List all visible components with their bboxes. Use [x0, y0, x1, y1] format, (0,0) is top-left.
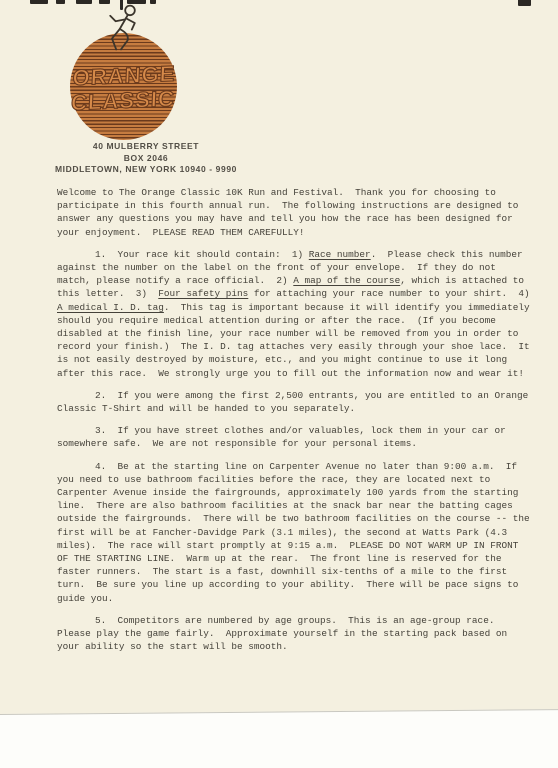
scan-artifact: [518, 0, 531, 6]
logo-wordmark: ORANGE CLASSIC: [69, 61, 178, 116]
scan-artifact: [30, 0, 48, 4]
text-segment: for attaching your race number to your s…: [248, 288, 541, 299]
underlined-phrase-map: A map of the course: [293, 275, 400, 286]
address-box: BOX 2046: [26, 153, 266, 165]
paragraph-item-2: 2. If you were among the first 2,500 ent…: [57, 389, 531, 415]
paragraph-item-3: 3. If you have street clothes and/or val…: [57, 424, 531, 450]
underlined-phrase-safety-pins: Four safety pins: [158, 288, 248, 299]
underlined-phrase-id-tag: A medical I. D. tag: [57, 302, 164, 313]
underlined-phrase-race-number: Race number: [309, 249, 371, 260]
logo-word-classic: CLASSIC: [69, 86, 177, 116]
scan-artifact: [56, 0, 65, 4]
scan-artifact: [150, 0, 156, 4]
scan-artifact: [76, 0, 92, 4]
text-segment: . This tag is important because it will …: [57, 302, 535, 379]
scanned-letter-page: ORANGE CLASSIC 40 MULBERRY STREET BOX 20…: [0, 0, 558, 768]
paragraph-item-5: 5. Competitors are numbered by age group…: [57, 614, 531, 654]
letter-body: Welcome to The Orange Classic 10K Run an…: [57, 186, 531, 663]
address-street: 40 MULBERRY STREET: [26, 141, 266, 153]
letterhead-address: 40 MULBERRY STREET BOX 2046 MIDDLETOWN, …: [26, 141, 266, 176]
paragraph-intro: Welcome to The Orange Classic 10K Run an…: [57, 186, 531, 239]
text-segment: 1. Your race kit should contain: 1): [95, 249, 309, 260]
paragraph-item-1: 1. Your race kit should contain: 1) Race…: [57, 248, 531, 380]
paragraph-item-4: 4. Be at the starting line on Carpenter …: [57, 460, 531, 605]
runner-icon: [100, 3, 148, 61]
scanner-background-sheet: [0, 709, 558, 768]
address-city: MIDDLETOWN, NEW YORK 10940 - 9990: [26, 164, 266, 176]
